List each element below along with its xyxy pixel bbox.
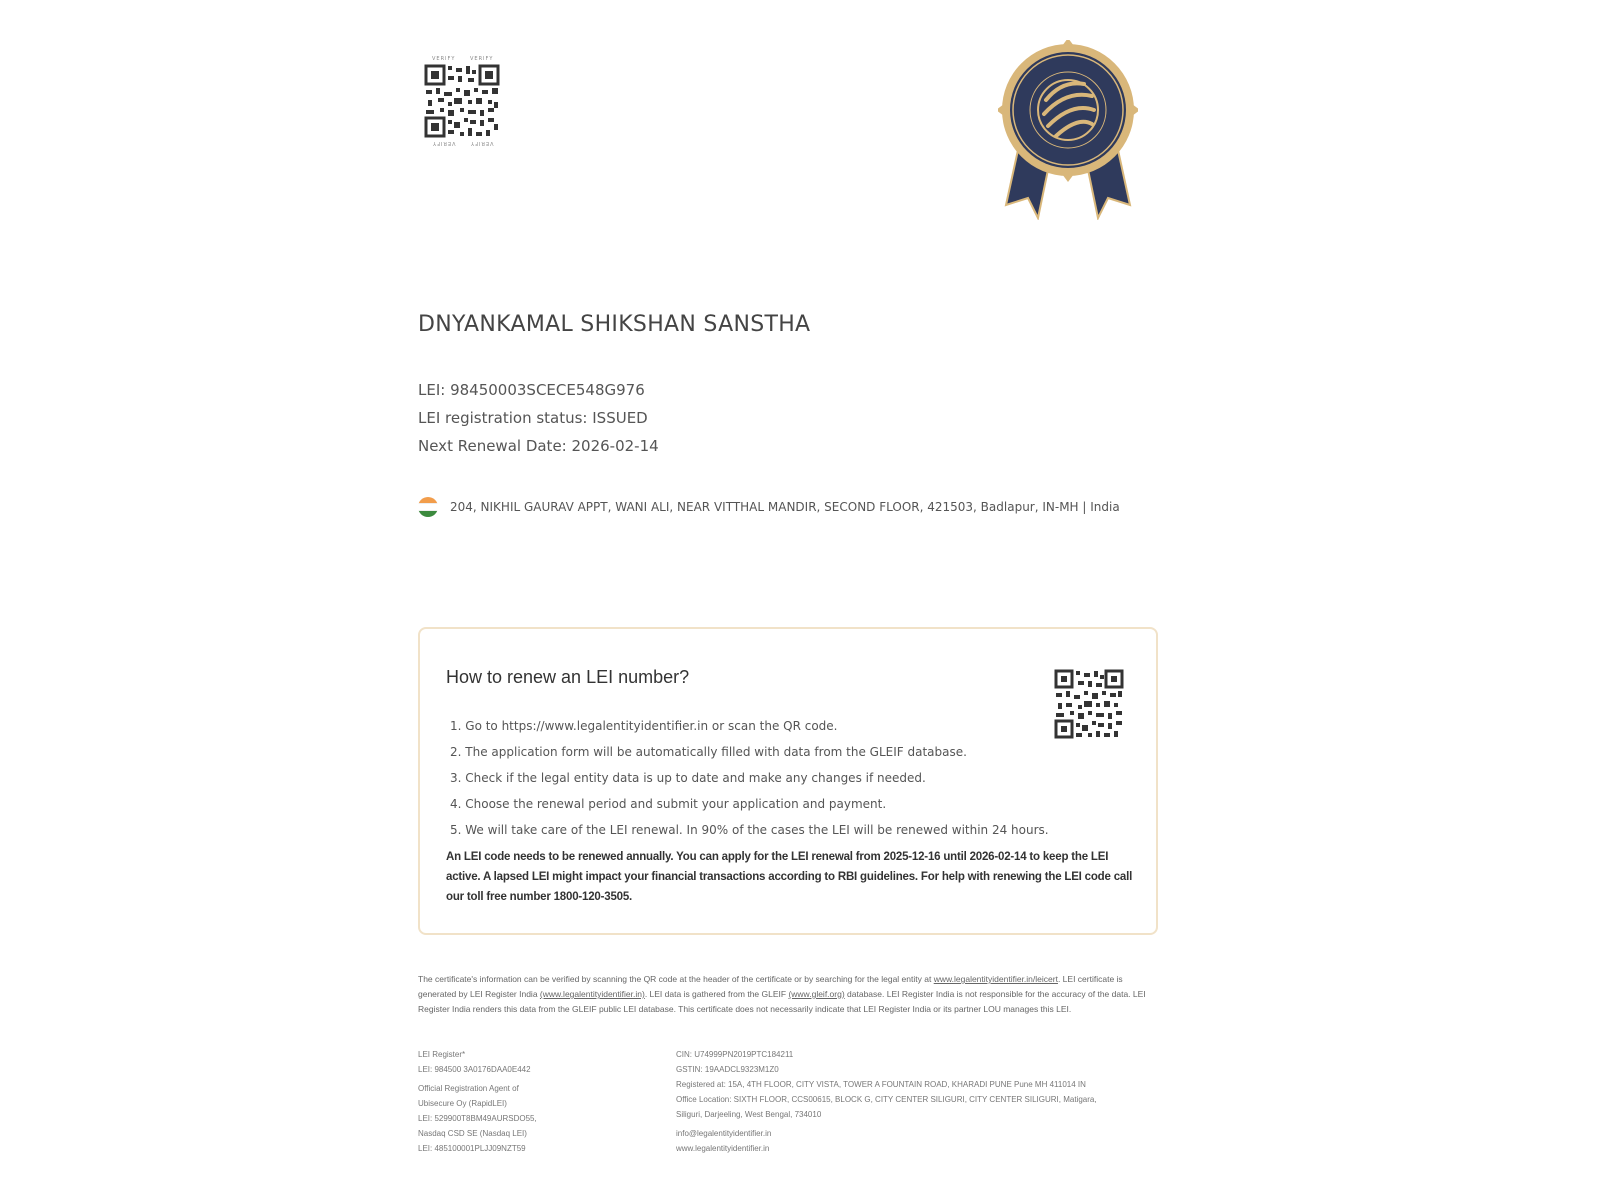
footer-line: LEI: 984500 3A0176DAA0E442 xyxy=(418,1062,537,1077)
renewal-step: 2. The application form will be automati… xyxy=(450,739,1049,765)
renewal-note: An LEI code needs to be renewed annually… xyxy=(446,847,1134,907)
india-flag-icon xyxy=(418,497,438,517)
renewal-steps: 1. Go to https://www.legalentityidentifi… xyxy=(450,713,1049,843)
renewal-step: 4. Choose the renewal period and submit … xyxy=(450,791,1049,817)
qr-verify-label: VERIFY xyxy=(470,56,493,62)
lei-cert-link[interactable]: www.legalentityidentifier.in/leicert xyxy=(934,974,1058,984)
footer-company-info: CIN: U74999PN2019PTC184211 GSTIN: 19AADC… xyxy=(676,1047,1097,1156)
footer-line: CIN: U74999PN2019PTC184211 xyxy=(676,1047,1097,1062)
renewal-qr-code[interactable] xyxy=(1054,669,1124,739)
registration-status: LEI registration status: ISSUED xyxy=(418,409,648,427)
qr-verify-label: VERIFY xyxy=(432,140,455,146)
renewal-step: 1. Go to https://www.legalentityidentifi… xyxy=(450,713,1049,739)
footer-line: LEI: 529900T8BM49AURSDO55, xyxy=(418,1111,537,1126)
footer-line: LEI: 485100001PLJJ09NZT59 xyxy=(418,1141,537,1156)
footer-line: Office Location: SIXTH FLOOR, CCS00615, … xyxy=(676,1092,1097,1107)
renewal-title: How to renew an LEI number? xyxy=(446,667,689,688)
disclaimer-text: The certificate's information can be ver… xyxy=(418,972,1158,1017)
entity-address: 204, NIKHIL GAURAV APPT, WANI ALI, NEAR … xyxy=(418,497,1120,517)
qr-code-icon xyxy=(1054,669,1124,739)
renewal-step: 5. We will take care of the LEI renewal.… xyxy=(450,817,1049,843)
renewal-step: 3. Check if the legal entity data is up … xyxy=(450,765,1049,791)
gleif-link[interactable]: (www.gleif.org) xyxy=(788,989,844,999)
verify-qr-code[interactable]: VERIFY VERIFY VERIFY VERIFY xyxy=(418,54,508,148)
footer-website-link[interactable]: www.legalentityidentifier.in xyxy=(676,1141,1097,1156)
qr-verify-label: VERIFY xyxy=(470,140,493,146)
disclaimer-part: The certificate's information can be ver… xyxy=(418,974,934,984)
footer-line: Nasdaq CSD SE (Nasdaq LEI) xyxy=(418,1126,537,1141)
lei-number: LEI: 98450003SCECE548G976 xyxy=(418,381,645,399)
footer-line: Siliguri, Darjeeling, West Bengal, 73401… xyxy=(676,1107,1097,1122)
qr-code-icon xyxy=(418,54,508,148)
qr-verify-label: VERIFY xyxy=(432,56,455,62)
footer-registrar-info: LEI Register* LEI: 984500 3A0176DAA0E442… xyxy=(418,1047,537,1156)
next-renewal-date: Next Renewal Date: 2026-02-14 xyxy=(418,437,659,455)
address-text: 204, NIKHIL GAURAV APPT, WANI ALI, NEAR … xyxy=(450,500,1120,514)
renewal-info-box: How to renew an LEI number? 1. Go to htt… xyxy=(418,627,1158,935)
footer-line: GSTIN: 19AADCL9323M1Z0 xyxy=(676,1062,1097,1077)
footer-email-link[interactable]: info@legalentityidentifier.in xyxy=(676,1126,1097,1141)
footer-line: Registered at: 15A, 4TH FLOOR, CITY VIST… xyxy=(676,1077,1097,1092)
seal-ribbon-icon xyxy=(998,40,1138,220)
footer-line: LEI Register* xyxy=(418,1047,537,1062)
certificate-seal xyxy=(998,40,1138,220)
footer-line: Official Registration Agent of xyxy=(418,1081,537,1096)
footer-line: Ubisecure Oy (RapidLEI) xyxy=(418,1096,537,1111)
entity-name: DNYANKAMAL SHIKSHAN SANSTHA xyxy=(418,312,810,337)
disclaimer-part: . LEI data is gathered from the GLEIF xyxy=(645,989,789,999)
lei-register-link[interactable]: (www.legalentityidentifier.in) xyxy=(540,989,645,999)
